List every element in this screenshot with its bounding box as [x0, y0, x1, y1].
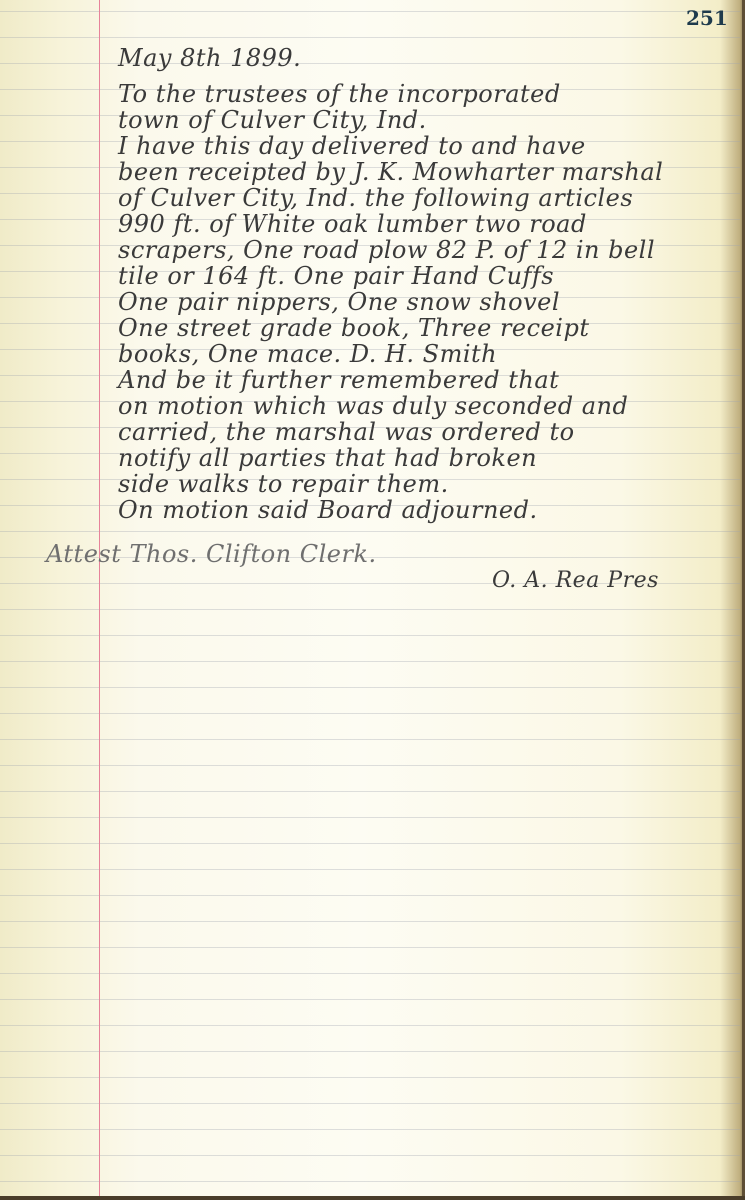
entry-line: 990 ft. of White oak lumber two road — [118, 210, 587, 238]
entry-line: tile or 164 ft. One pair Hand Cuffs — [118, 262, 554, 290]
entry-line: notify all parties that had broken — [118, 444, 537, 472]
entry-line: And be it further remembered that — [118, 366, 559, 394]
president-signature: O. A. Rea Pres — [492, 568, 659, 593]
entry-line: To the trustees of the incorporated — [118, 80, 561, 108]
entry-line: One pair nippers, One snow shovel — [118, 288, 560, 316]
entry-line: of Culver City, Ind. the following artic… — [118, 184, 633, 212]
entry-line: carried, the marshal was ordered to — [118, 418, 575, 446]
entry-line: On motion said Board adjourned. — [118, 496, 538, 524]
entry-line: books, One mace. D. H. Smith — [118, 340, 497, 368]
attest-signature: Attest Thos. Clifton Clerk. — [46, 540, 377, 568]
entry-line: town of Culver City, Ind. — [118, 106, 427, 134]
ledger-page: 251 May 8th 1899. To the trustees of the… — [0, 0, 745, 1200]
entry-line: on motion which was duly seconded and — [118, 392, 628, 420]
page-number: 251 — [686, 6, 728, 30]
page-edge-bottom — [0, 1196, 745, 1200]
entry-line: I have this day delivered to and have — [118, 132, 586, 160]
entry-line: scrapers, One road plow 82 P. of 12 in b… — [118, 236, 655, 264]
margin-line — [99, 0, 100, 1200]
entry-date: May 8th 1899. — [118, 44, 301, 72]
entry-line: been receipted by J. K. Mowharter marsha… — [118, 158, 663, 186]
entry-line: One street grade book, Three receipt — [118, 314, 589, 342]
entry-line: side walks to repair them. — [118, 470, 449, 498]
